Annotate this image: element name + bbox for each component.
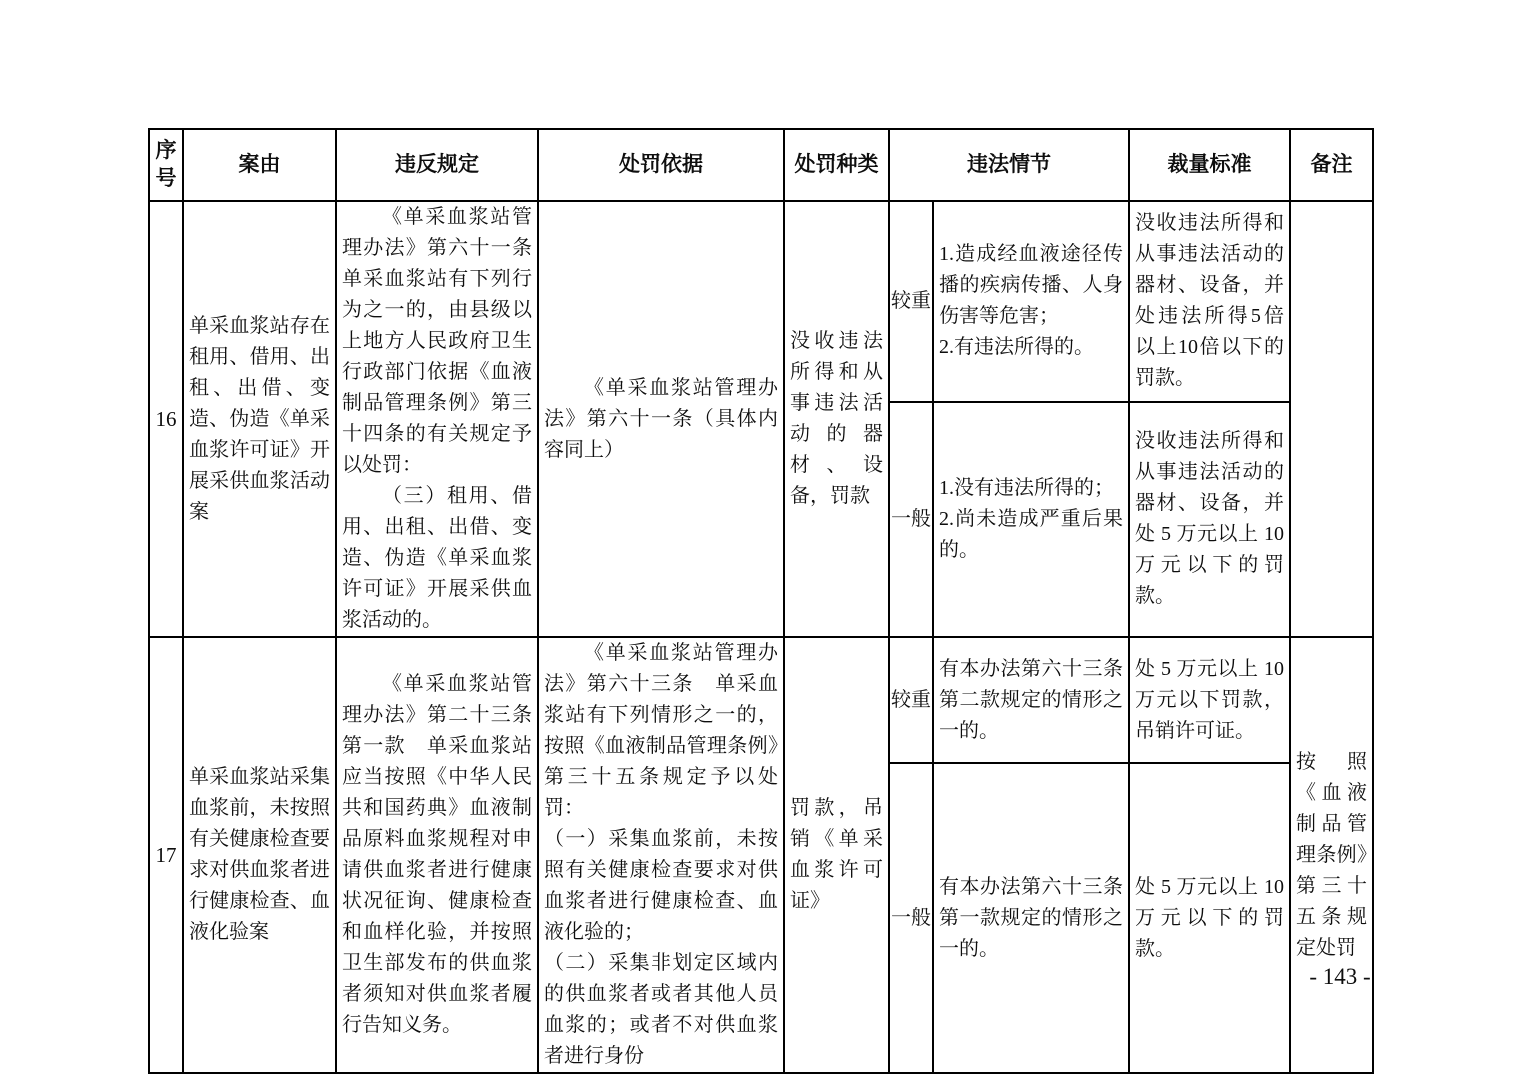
circumstance-item: 2.有违法所得的。	[939, 332, 1123, 363]
circumstances-cell: 1.造成经血液途径传播的疾病传播、人身伤害等危害； 2.有违法所得的。	[933, 201, 1129, 402]
violation-paragraph: 《单采血浆站管理办法》第六十一条 单采血浆站有下列行为之一的，由县级以上地方人民…	[342, 202, 532, 481]
header-serial-number: 序号	[149, 129, 183, 201]
case-cell: 单采血浆站采集血浆前，未按照有关健康检查要求对供血浆者进行健康检查、血液化验案	[183, 637, 336, 1073]
serial-cell: 16	[149, 201, 183, 637]
header-case: 案由	[183, 129, 336, 201]
standard-cell: 处 5 万元以上 10 万元以下罚款，吊销许可证。	[1129, 637, 1290, 763]
violation-paragraph: 《单采血浆站管理办法》第二十三条第一款 单采血浆站应当按照《中华人民共和国药典》…	[342, 669, 532, 1041]
violation-cell: 《单采血浆站管理办法》第六十一条 单采血浆站有下列行为之一的，由县级以上地方人民…	[336, 201, 538, 637]
circumstance-item: 2.尚未造成严重后果的。	[939, 504, 1123, 566]
standard-cell: 处 5 万元以上 10 万元以下的罚款。	[1129, 763, 1290, 1073]
header-illegal-circumstances: 违法情节	[889, 129, 1129, 201]
header-discretion-standard: 裁量标准	[1129, 129, 1290, 201]
circumstance-item: 有本办法第六十三条第一款规定的情形之一的。	[939, 872, 1123, 965]
severity-cell: 一般	[889, 402, 933, 637]
table-row: 16 单采血浆站存在租用、借用、出租、出借、变造、伪造《单采血浆许可证》开展采供…	[149, 201, 1373, 402]
circumstances-cell: 有本办法第六十三条第二款规定的情形之一的。	[933, 637, 1129, 763]
header-penalty-type: 处罚种类	[784, 129, 889, 201]
case-cell: 单采血浆站存在租用、借用、出租、出借、变造、伪造《单采血浆许可证》开展采供血浆活…	[183, 201, 336, 637]
table-header-row: 序号 案由 违反规定 处罚依据 处罚种类 违法情节 裁量标准 备注	[149, 129, 1373, 201]
basis-paragraph: 《单采血浆站管理办法》第六十一条（具体内容同上）	[544, 373, 778, 466]
violation-cell: 《单采血浆站管理办法》第二十三条第一款 单采血浆站应当按照《中华人民共和国药典》…	[336, 637, 538, 1073]
page-number: - 143 -	[1292, 964, 1388, 990]
penalty-type-cell: 罚款，吊销《单采血浆许可证》	[784, 637, 889, 1073]
basis-paragraph: （二）采集非划定区域内的供血浆者或者其他人员血浆的；或者不对供血浆者进行身份	[544, 948, 778, 1072]
circumstance-item: 1.没有违法所得的；	[939, 473, 1123, 504]
basis-cell: 《单采血浆站管理办法》第六十三条 单采血浆站有下列情形之一的，按照《血液制品管理…	[538, 637, 784, 1073]
penalty-discretion-table: 序号 案由 违反规定 处罚依据 处罚种类 违法情节 裁量标准 备注 16 单采血…	[148, 128, 1374, 1074]
standard-cell: 没收违法所得和从事违法活动的器材、设备，并处 5 万元以上 10 万元以下的罚款…	[1129, 402, 1290, 637]
severity-cell: 一般	[889, 763, 933, 1073]
severity-cell: 较重	[889, 201, 933, 402]
violation-paragraph: （三）租用、借用、出租、出借、变造、伪造《单采血浆许可证》开展采供血浆活动的。	[342, 481, 532, 636]
basis-paragraph: （一）采集血浆前，未按照有关健康检查要求对供血浆者进行健康检查、血液化验的；	[544, 824, 778, 948]
standard-cell: 没收违法所得和从事违法活动的器材、设备，并处违法所得5倍以上10倍以下的罚款。	[1129, 201, 1290, 402]
circumstances-cell: 1.没有违法所得的； 2.尚未造成严重后果的。	[933, 402, 1129, 637]
header-violated-provision: 违反规定	[336, 129, 538, 201]
serial-cell: 17	[149, 637, 183, 1073]
severity-cell: 较重	[889, 637, 933, 763]
circumstance-item: 1.造成经血液途径传播的疾病传播、人身伤害等危害；	[939, 239, 1123, 332]
remark-cell	[1290, 201, 1373, 637]
table-row: 17 单采血浆站采集血浆前，未按照有关健康检查要求对供血浆者进行健康检查、血液化…	[149, 637, 1373, 763]
penalty-type-cell: 没收违法所得和从事违法活动的器材、设备，罚款	[784, 201, 889, 637]
circumstance-item: 有本办法第六十三条第二款规定的情形之一的。	[939, 654, 1123, 747]
circumstances-cell: 有本办法第六十三条第一款规定的情形之一的。	[933, 763, 1129, 1073]
remark-cell: 按照《血液制品管理条例》第三十五条规定处罚	[1290, 637, 1373, 1073]
header-penalty-basis: 处罚依据	[538, 129, 784, 201]
header-remarks: 备注	[1290, 129, 1373, 201]
basis-paragraph: 《单采血浆站管理办法》第六十三条 单采血浆站有下列情形之一的，按照《血液制品管理…	[544, 638, 778, 824]
basis-cell: 《单采血浆站管理办法》第六十一条（具体内容同上）	[538, 201, 784, 637]
